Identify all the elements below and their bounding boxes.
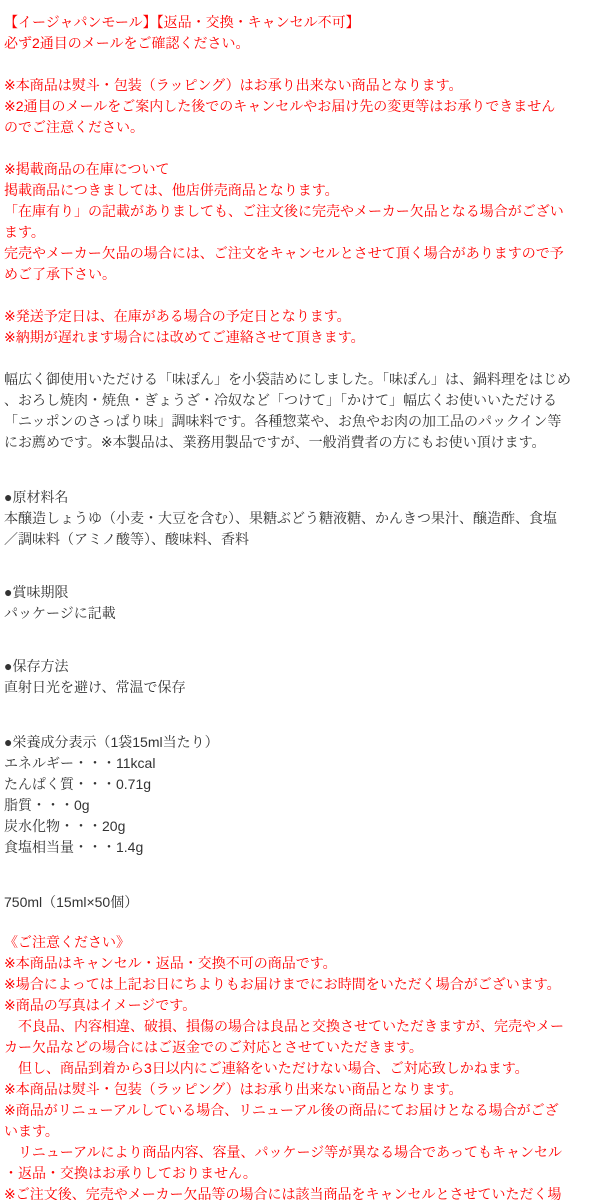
nutrition-separator: ・・・ [60,818,102,834]
ingredients-section: ●原材料名 本醸造しょうゆ（小麦・大豆を含む）、果糖ぶどう糖液糖、かんきつ果汁、… [4,487,598,550]
storage-heading: ●保存方法 [4,656,598,677]
nutrition-value: 0g [74,797,90,813]
nutrition-value: 0.71g [116,776,151,792]
nutrition-label: 食塩相当量 [4,839,74,855]
shelf-life-body: パッケージに記載 [4,603,598,624]
nutrition-item-carbohydrate: 炭水化物・・・20g [4,816,598,837]
shelf-life-section: ●賞味期限 パッケージに記載 [4,582,598,624]
stock-notice: ※掲載商品の在庫について 掲載商品につきましては、他店併売商品となります。 「在… [4,159,598,285]
nutrition-section: ●栄養成分表示（1袋15ml当たり） エネルギー・・・11kcal たんぱく質・… [4,732,598,858]
storage-body: 直射日光を避け、常温で保存 [4,677,598,698]
shelf-life-heading: ●賞味期限 [4,582,598,603]
nutrition-label: 脂質 [4,797,32,813]
nutrition-heading: ●栄養成分表示（1袋15ml当たり） [4,732,598,753]
nutrition-separator: ・・・ [74,776,116,792]
nutrition-label: たんぱく質 [4,776,74,792]
ingredients-heading: ●原材料名 [4,487,598,508]
nutrition-separator: ・・・ [74,755,116,771]
ingredients-body: 本醸造しょうゆ（小麦・大豆を含む）、果糖ぶどう糖液糖、かんきつ果汁、醸造酢、食塩… [4,508,598,550]
caution-notice: 《ご注意ください》 ※本商品はキャンセル・返品・交換不可の商品です。 ※場合によ… [4,932,598,1200]
volume-info: 750ml（15ml×50個） [4,892,598,913]
nutrition-separator: ・・・ [32,797,74,813]
nutrition-separator: ・・・ [74,839,116,855]
nutrition-item-salt: 食塩相当量・・・1.4g [4,837,598,858]
shipping-date-notice: ※発送予定日は、在庫がある場合の予定日となります。 ※納期が遅れます場合には改め… [4,306,598,348]
storage-section: ●保存方法 直射日光を避け、常温で保存 [4,656,598,698]
nutrition-item-fat: 脂質・・・0g [4,795,598,816]
nutrition-value: 1.4g [116,839,143,855]
wrapping-cancel-notice: ※本商品は熨斗・包装（ラッピング）はお承り出来ない商品となります。 ※2通目のメ… [4,75,598,138]
nutrition-item-protein: たんぱく質・・・0.71g [4,774,598,795]
nutrition-value: 20g [102,818,125,834]
product-description: 幅広く御使用いただける「味ぽん」を小袋詰めにしました。「味ぽん」は、鍋料理をはじ… [4,369,598,453]
product-description-page: 【イージャパンモール】【返品・交換・キャンセル不可】 必ず2通目のメールをご確認… [0,0,600,1200]
nutrition-item-energy: エネルギー・・・11kcal [4,753,598,774]
nutrition-value: 11kcal [116,755,155,771]
nutrition-label: 炭水化物 [4,818,60,834]
nutrition-label: エネルギー [4,755,74,771]
mall-header-notice: 【イージャパンモール】【返品・交換・キャンセル不可】 必ず2通目のメールをご確認… [4,12,598,54]
